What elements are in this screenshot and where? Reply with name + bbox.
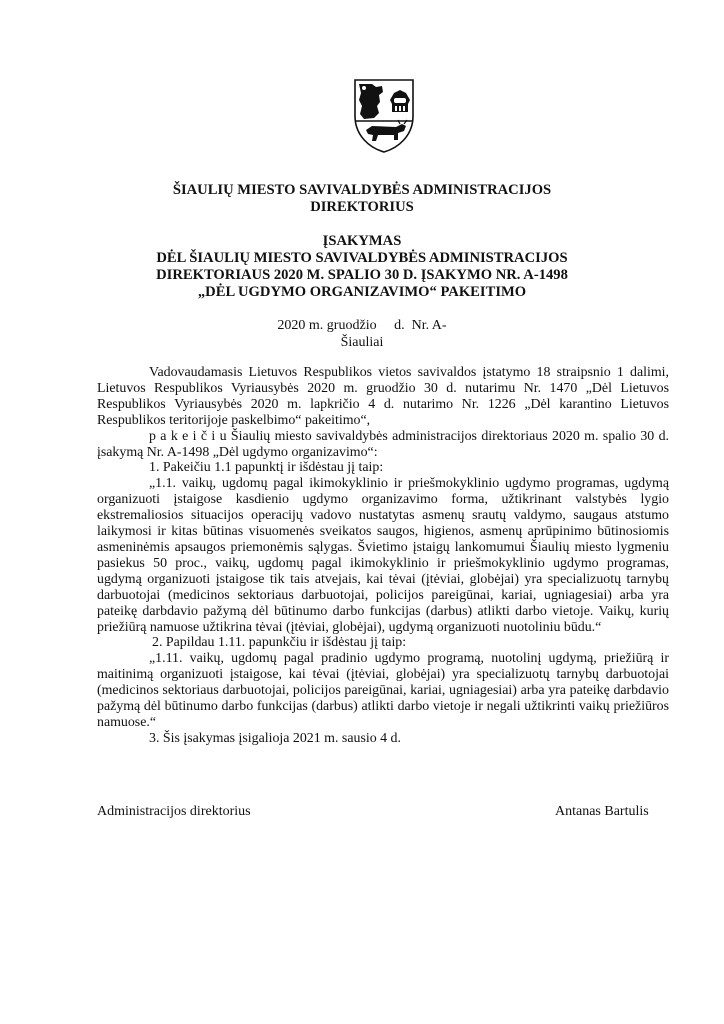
paragraph-item-2: 2. Papildau 1.11. papunkčiu ir išdėstau … <box>97 635 669 651</box>
document-page: ŠIAULIŲ MIESTO SAVIVALDYBĖS ADMINISTRACI… <box>0 0 724 1024</box>
place-name: Šiauliai <box>0 335 724 352</box>
paragraph-item-3: 3. Šis įsakymas įsigalioja 2021 m. sausi… <box>97 731 669 747</box>
institution-name-line-2: DIREKTORIUS <box>0 199 724 216</box>
signature-position: Administracijos direktorius <box>97 804 251 820</box>
paragraph-item-1: 1. Pakeičiu 1.1 papunktį ir išdėstau jį … <box>97 460 669 476</box>
date-number-line: 2020 m. gruodžio d. Nr. A- <box>0 318 724 335</box>
signature-name: Antanas Bartulis <box>555 804 649 820</box>
institution-name-line-1: ŠIAULIŲ MIESTO SAVIVALDYBĖS ADMINISTRACI… <box>0 182 724 199</box>
document-title-line-3: „DĖL UGDYMO ORGANIZAVIMO“ PAKEITIMO <box>0 284 724 301</box>
paragraph-preamble: Vadovaudamasis Lietuvos Respublikos viet… <box>97 365 669 429</box>
document-type: ĮSAKYMAS <box>0 233 724 250</box>
paragraph-amend-intro: p a k e i č i u Šiaulių miesto savivaldy… <box>97 429 669 461</box>
paragraph-item-1-1: „1.1. vaikų, ugdomų pagal ikimokyklinio … <box>97 476 669 635</box>
document-title-line-2: DIREKTORIAUS 2020 M. SPALIO 30 D. ĮSAKYM… <box>0 267 724 284</box>
document-title-line-1: DĖL ŠIAULIŲ MIESTO SAVIVALDYBĖS ADMINIST… <box>0 250 724 267</box>
document-body: Vadovaudamasis Lietuvos Respublikos viet… <box>97 365 669 747</box>
paragraph-item-1-11: „1.11. vaikų, ugdomų pagal pradinio ugdy… <box>97 651 669 731</box>
coat-of-arms-icon <box>352 78 416 154</box>
